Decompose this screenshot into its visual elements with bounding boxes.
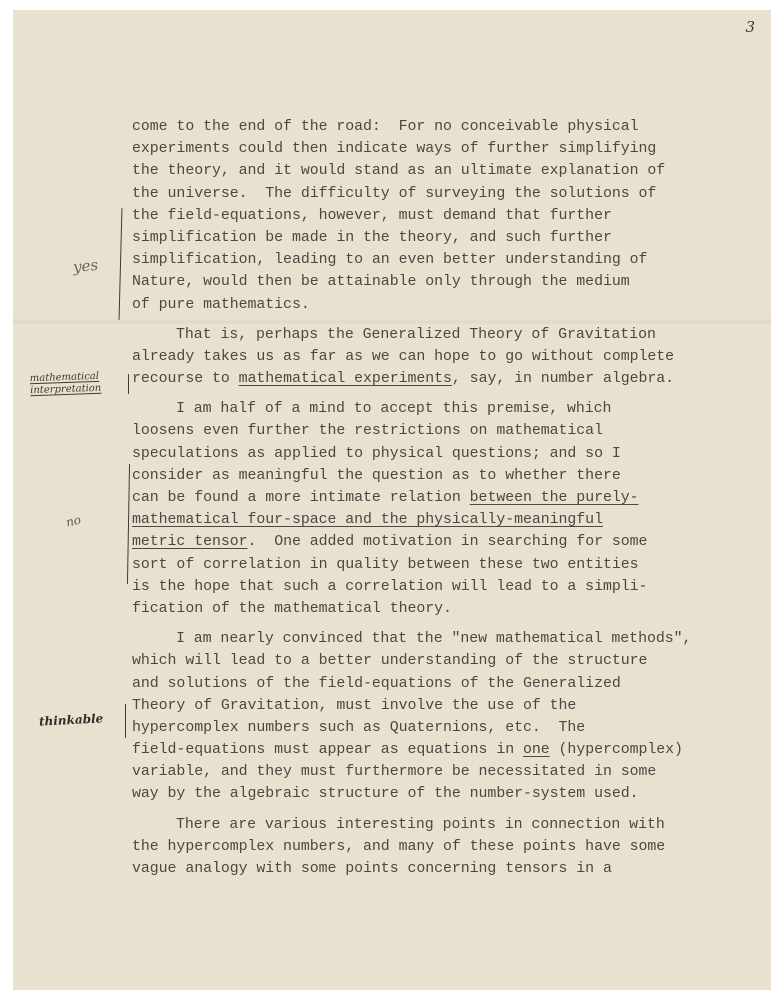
text-line: fication of the mathematical theory. bbox=[132, 598, 712, 620]
underlined-text: metric tensor bbox=[132, 534, 248, 550]
text-line: the theory, and it would stand as an ult… bbox=[132, 160, 712, 182]
text-line-with-underline: metric tensor. One added motivation in s… bbox=[132, 531, 712, 553]
margin-note-line: interpretation bbox=[30, 383, 102, 397]
text-line: and solutions of the field-equations of … bbox=[132, 673, 712, 695]
underlined-text: mathematical four-space and the physical… bbox=[132, 512, 603, 528]
margin-bar-yes bbox=[119, 208, 123, 320]
text-line: loosens even further the restrictions on… bbox=[132, 420, 712, 442]
text-line: simplification be made in the theory, an… bbox=[132, 227, 712, 249]
paragraph-1: come to the end of the road: For no conc… bbox=[132, 116, 712, 316]
paragraph-4: I am nearly convinced that the "new math… bbox=[132, 628, 712, 806]
margin-bar-think bbox=[125, 704, 126, 738]
text-line: come to the end of the road: For no conc… bbox=[132, 116, 712, 138]
text-line: Nature, would then be attainable only th… bbox=[132, 271, 712, 293]
text-line: consider as meaningful the question as t… bbox=[132, 465, 712, 487]
margin-note-thinkable: thinkable bbox=[39, 711, 104, 728]
text-line: the field-equations, however, must deman… bbox=[132, 205, 712, 227]
text-line: That is, perhaps the Generalized Theory … bbox=[132, 324, 712, 346]
underlined-text: one bbox=[523, 742, 550, 758]
text-line: I am half of a mind to accept this premi… bbox=[132, 398, 712, 420]
text-line: which will lead to a better understandin… bbox=[132, 650, 712, 672]
text-line: Theory of Gravitation, must involve the … bbox=[132, 695, 712, 717]
text-line: of pure mathematics. bbox=[132, 294, 712, 316]
margin-note-no: no bbox=[65, 513, 83, 530]
page-number: 3 bbox=[745, 18, 755, 36]
text-line: the hypercomplex numbers, and many of th… bbox=[132, 836, 712, 858]
text-line: variable, and they must furthermore be n… bbox=[132, 761, 712, 783]
text-segment: can be found a more intimate relation bbox=[132, 490, 470, 506]
paragraph-3: I am half of a mind to accept this premi… bbox=[132, 398, 712, 620]
text-line: hypercomplex numbers such as Quaternions… bbox=[132, 717, 712, 739]
paragraph-5: There are various interesting points in … bbox=[132, 814, 712, 881]
text-line: is the hope that such a correlation will… bbox=[132, 576, 712, 598]
margin-note-mathematical-interpretation: mathematical interpretation bbox=[30, 371, 102, 397]
text-line: speculations as applied to physical ques… bbox=[132, 443, 712, 465]
margin-note-yes: yes bbox=[72, 256, 99, 277]
text-line: There are various interesting points in … bbox=[132, 814, 712, 836]
text-segment: . One added motivation in searching for … bbox=[248, 534, 648, 550]
margin-bar-no bbox=[127, 464, 130, 584]
text-segment: field-equations must appear as equations… bbox=[132, 742, 523, 758]
text-line: sort of correlation in quality between t… bbox=[132, 554, 712, 576]
text-segment: recourse to bbox=[132, 371, 239, 387]
text-line: I am nearly convinced that the "new math… bbox=[132, 628, 712, 650]
text-line: way by the algebraic structure of the nu… bbox=[132, 783, 712, 805]
text-segment: (hypercomplex) bbox=[550, 742, 683, 758]
document-page: 3 yes mathematical interpretation no thi… bbox=[13, 10, 771, 990]
margin-bar-math bbox=[128, 374, 129, 394]
body-text: come to the end of the road: For no conc… bbox=[132, 116, 712, 880]
underlined-text: mathematical experiments bbox=[239, 371, 452, 387]
text-line-with-underline: mathematical four-space and the physical… bbox=[132, 509, 712, 531]
paragraph-2: That is, perhaps the Generalized Theory … bbox=[132, 324, 712, 391]
text-line: simplification, leading to an even bette… bbox=[132, 249, 712, 271]
text-line-with-underline: can be found a more intimate relation be… bbox=[132, 487, 712, 509]
text-line: already takes us as far as we can hope t… bbox=[132, 346, 712, 368]
text-line: experiments could then indicate ways of … bbox=[132, 138, 712, 160]
text-line: vague analogy with some points concernin… bbox=[132, 858, 712, 880]
text-segment: , say, in number algebra. bbox=[452, 371, 674, 387]
text-line-with-underline: field-equations must appear as equations… bbox=[132, 739, 712, 761]
underlined-text: between the purely- bbox=[470, 490, 639, 506]
text-line: the universe. The difficulty of surveyin… bbox=[132, 183, 712, 205]
text-line-with-underline: recourse to mathematical experiments, sa… bbox=[132, 368, 712, 390]
